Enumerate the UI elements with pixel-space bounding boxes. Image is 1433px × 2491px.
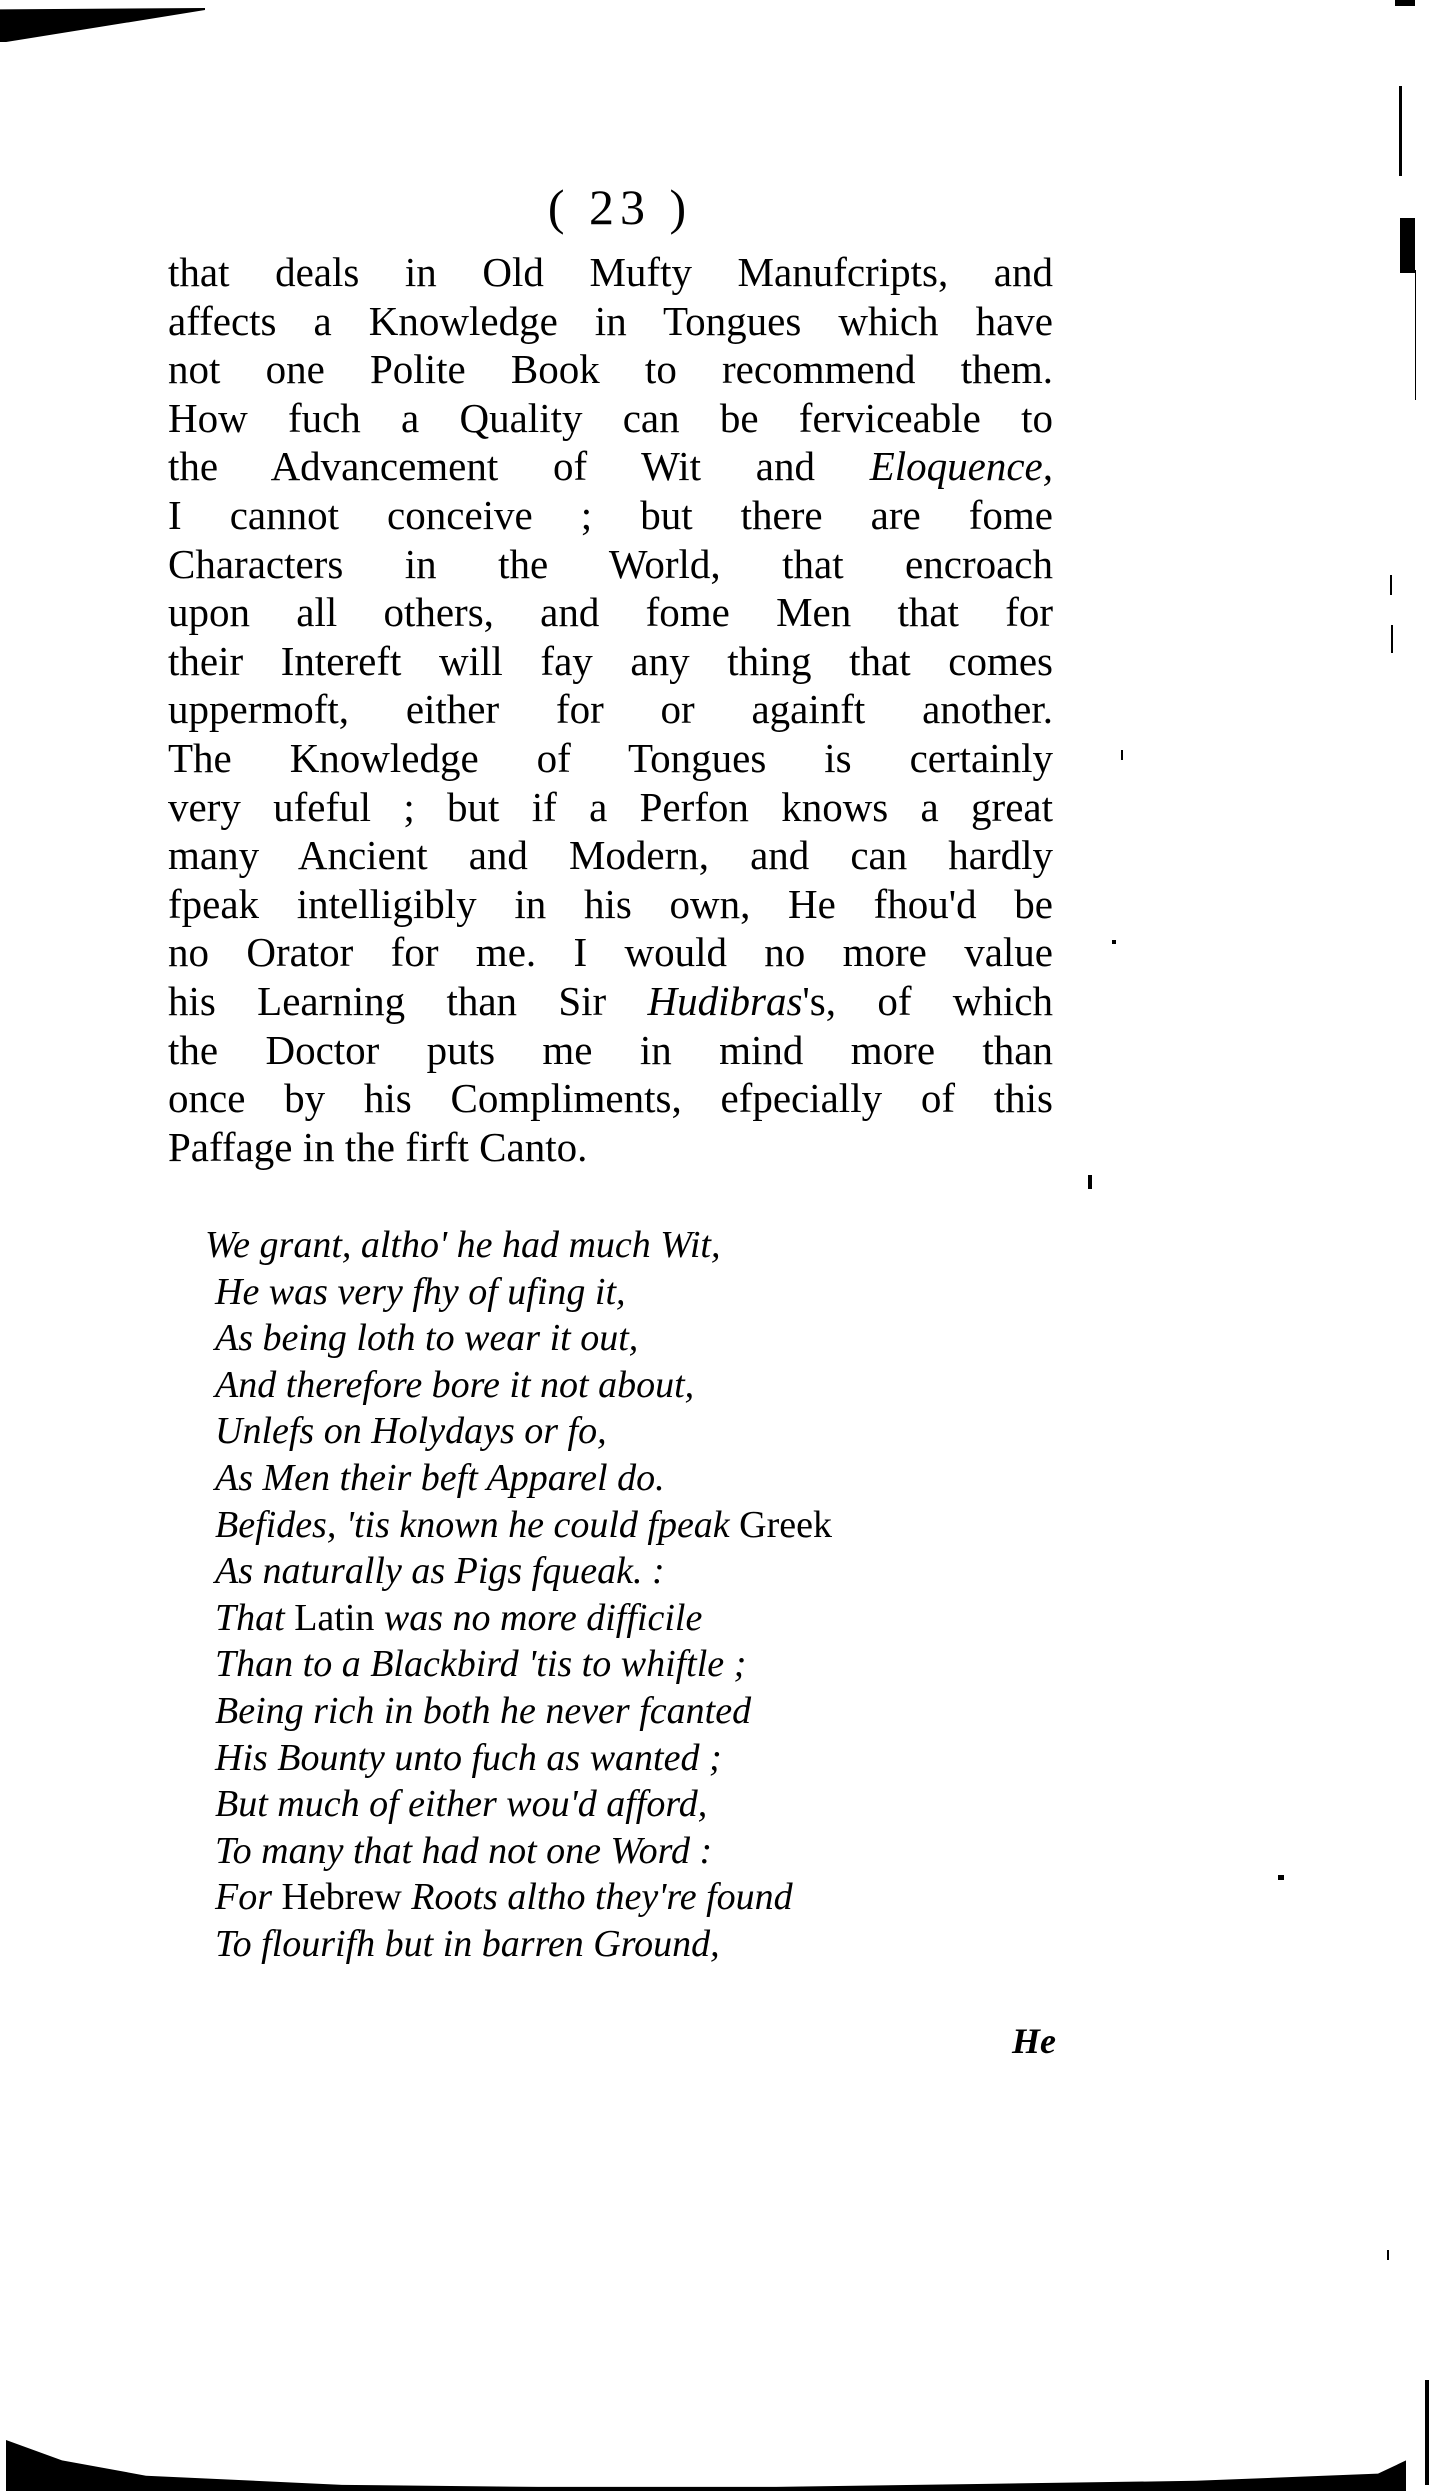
verse-quotation: We grant, altho' he had much Wit,He was … (205, 1222, 1025, 1968)
verse-text: Unlefs on Holydays or fo, (215, 1410, 607, 1452)
scan-edge-artifact (1425, 2380, 1429, 2485)
prose-line: very ufeful ; but if a Perfon knows a gr… (168, 783, 1053, 832)
prose-text: that deals in Old Mufty Manufcripts, and (168, 249, 1053, 295)
verse-text: Being rich in both he never fcanted (215, 1690, 751, 1732)
verse-text: Befides, 'tis known he could fpeak (215, 1504, 739, 1546)
prose-line: Paffage in the firft Canto. (168, 1123, 1053, 1172)
verse-text: He was very fhy of ufing it, (215, 1271, 626, 1313)
prose-text: affects a Knowledge in Tongues which hav… (168, 298, 1053, 344)
verse-line: To flourifh but in barren Ground, (205, 1921, 1025, 1968)
verse-line: He was very fhy of ufing it, (205, 1269, 1025, 1316)
prose-emphasis: Eloquence, (870, 443, 1053, 489)
scan-speck (1278, 1875, 1284, 1880)
prose-line: the Doctor puts me in mind more than (168, 1026, 1053, 1075)
scan-edge-artifact (6, 2440, 1406, 2491)
prose-text: The Knowledge of Tongues is certainly (168, 735, 1053, 781)
prose-line: I cannot conceive ; but there are fome (168, 491, 1053, 540)
catchword: He (1012, 2020, 1056, 2062)
verse-text: We grant, altho' he had much Wit, (205, 1224, 720, 1266)
scan-speck (1088, 1175, 1092, 1189)
book-page: ( 23 ) that deals in Old Mufty Manufcrip… (0, 0, 1433, 2491)
verse-text: was no more difficile (374, 1597, 702, 1639)
verse-text: But much of either wou'd afford, (215, 1783, 707, 1825)
scan-edge-artifact (1395, 0, 1415, 6)
prose-line: his Learning than Sir Hudibras's, of whi… (168, 977, 1053, 1026)
prose-text: I cannot conceive ; but there are fome (168, 492, 1053, 538)
verse-line: Unlefs on Holydays or fo, (205, 1408, 1025, 1455)
prose-paragraph: that deals in Old Mufty Manufcripts, and… (168, 248, 1053, 1171)
prose-text: his Learning than Sir (168, 978, 648, 1024)
scan-speck (1391, 625, 1393, 653)
verse-line: As naturally as Pigs fqueak. : (205, 1548, 1025, 1595)
prose-line: affects a Knowledge in Tongues which hav… (168, 297, 1053, 346)
prose-text: Paffage in the firft Canto. (168, 1124, 587, 1170)
verse-emphasis: Greek (739, 1504, 832, 1546)
prose-line: uppermoft, either for or againft another… (168, 685, 1053, 734)
prose-line: many Ancient and Modern, and can hardly (168, 831, 1053, 880)
verse-text: To many that had not one Word : (215, 1830, 712, 1872)
prose-text: very ufeful ; but if a Perfon knows a gr… (168, 784, 1053, 830)
scan-speck (1121, 750, 1123, 760)
prose-text: Characters in the World, that encroach (168, 541, 1053, 587)
prose-text: their Intereft will fay any thing that c… (168, 638, 1053, 684)
page-number: ( 23 ) (520, 178, 720, 236)
prose-line: not one Polite Book to recommend them. (168, 345, 1053, 394)
verse-text: His Bounty unto fuch as wanted ; (215, 1737, 722, 1779)
verse-text: For (215, 1876, 282, 1918)
verse-text: Roots altho they're found (402, 1876, 793, 1918)
scan-edge-artifact (1415, 270, 1416, 400)
verse-line: His Bounty unto fuch as wanted ; (205, 1735, 1025, 1782)
prose-line: that deals in Old Mufty Manufcripts, and (168, 248, 1053, 297)
verse-line: We grant, altho' he had much Wit, (205, 1222, 1025, 1269)
verse-text: As Men their beft Apparel do. (215, 1457, 665, 1499)
scan-edge-artifact (1400, 218, 1415, 273)
scan-speck (1390, 575, 1392, 595)
prose-text: no Orator for me. I would no more value (168, 929, 1053, 975)
prose-text: fpeak intelligibly in his own, He fhou'd… (168, 881, 1053, 927)
prose-line: fpeak intelligibly in his own, He fhou'd… (168, 880, 1053, 929)
verse-text: As being loth to wear it out, (215, 1317, 638, 1359)
verse-text: That (215, 1597, 294, 1639)
verse-line: As being loth to wear it out, (205, 1315, 1025, 1362)
prose-text: many Ancient and Modern, and can hardly (168, 832, 1053, 878)
prose-line: once by his Compliments, efpecially of t… (168, 1074, 1053, 1123)
scan-edge-artifact (0, 8, 205, 42)
scan-speck (1387, 2250, 1389, 2260)
verse-emphasis: Hebrew (282, 1876, 402, 1918)
prose-line: the Advancement of Wit and Eloquence, (168, 442, 1053, 491)
verse-line: For Hebrew Roots altho they're found (205, 1874, 1025, 1921)
prose-text: not one Polite Book to recommend them. (168, 346, 1053, 392)
verse-line: Being rich in both he never fcanted (205, 1688, 1025, 1735)
prose-text: once by his Compliments, efpecially of t… (168, 1075, 1053, 1121)
prose-line: their Intereft will fay any thing that c… (168, 637, 1053, 686)
prose-text: upon all others, and fome Men that for (168, 589, 1053, 635)
prose-text: 's, of which (802, 978, 1053, 1024)
prose-text: How fuch a Quality can be ferviceable to (168, 395, 1053, 441)
verse-line: To many that had not one Word : (205, 1828, 1025, 1875)
verse-line: As Men their beft Apparel do. (205, 1455, 1025, 1502)
prose-line: How fuch a Quality can be ferviceable to (168, 394, 1053, 443)
prose-line: The Knowledge of Tongues is certainly (168, 734, 1053, 783)
verse-text: And therefore bore it not about, (215, 1364, 694, 1406)
verse-text: Than to a Blackbird 'tis to whiftle ; (215, 1643, 746, 1685)
prose-text: the Advancement of Wit and (168, 443, 870, 489)
verse-line: But much of either wou'd afford, (205, 1781, 1025, 1828)
verse-emphasis: Latin (294, 1597, 374, 1639)
verse-line: And therefore bore it not about, (205, 1362, 1025, 1409)
verse-text: As naturally as Pigs fqueak. : (215, 1550, 665, 1592)
scan-edge-artifact (1399, 150, 1401, 172)
prose-line: Characters in the World, that encroach (168, 540, 1053, 589)
verse-line: Than to a Blackbird 'tis to whiftle ; (205, 1641, 1025, 1688)
prose-line: upon all others, and fome Men that for (168, 588, 1053, 637)
prose-emphasis: Hudibras (648, 978, 803, 1024)
verse-text: To flourifh but in barren Ground, (215, 1923, 720, 1965)
prose-line: no Orator for me. I would no more value (168, 928, 1053, 977)
verse-line: Befides, 'tis known he could fpeak Greek (205, 1502, 1025, 1549)
verse-line: That Latin was no more difficile (205, 1595, 1025, 1642)
prose-text: the Doctor puts me in mind more than (168, 1027, 1053, 1073)
prose-text: uppermoft, either for or againft another… (168, 686, 1053, 732)
scan-speck (1112, 940, 1116, 944)
